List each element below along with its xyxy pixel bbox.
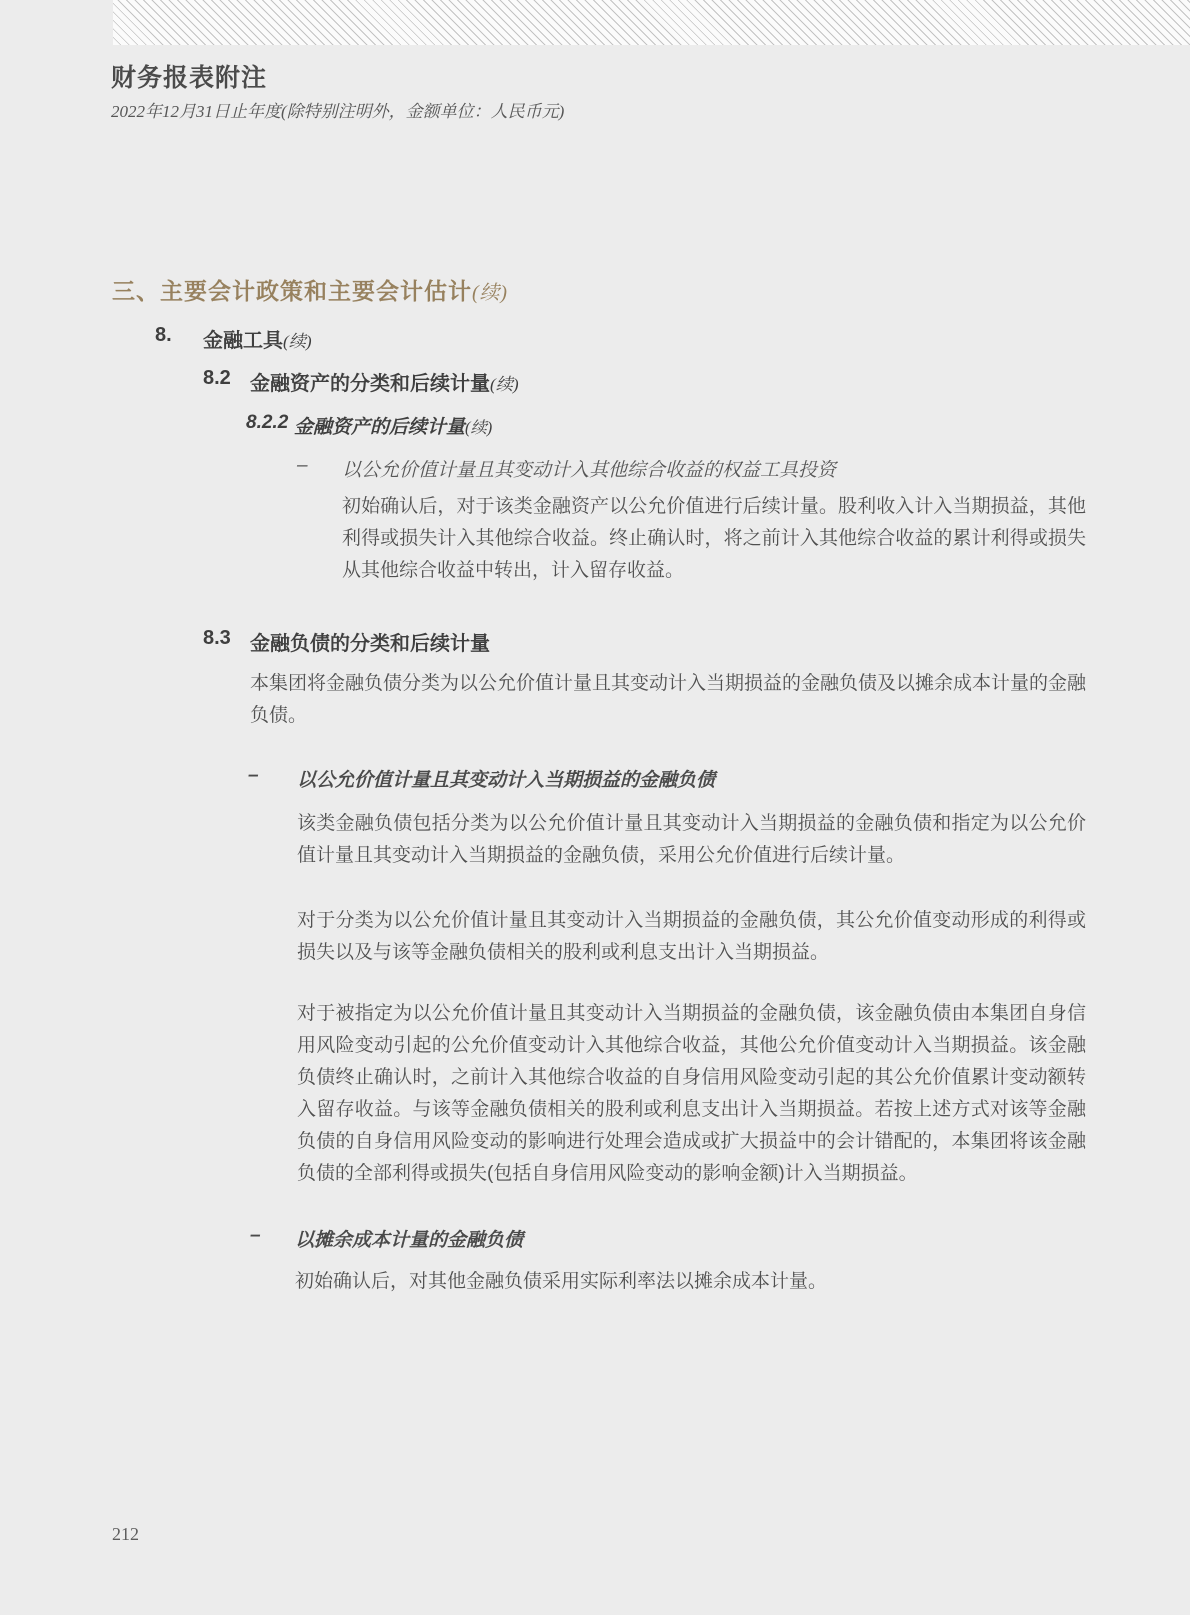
paragraph-8-3-intro: 本集团将金融负债分类为以公允价值计量且其变动计入当期损益的金融负债及以摊余成本计… <box>250 668 1086 732</box>
heading-8-2-2-number: 8.2.2 <box>246 412 294 439</box>
heading-8: 8. 金融工具(续) <box>155 324 312 353</box>
bullet-amortised-title: 以摊余成本计量的金融负债 <box>295 1225 523 1252</box>
paragraph-amortised: 初始确认后，对其他金融负债采用实际利率法以摊余成本计量。 <box>295 1266 1086 1298</box>
section-heading-main: 三、主要会计政策和主要会计估计(续) <box>112 273 508 306</box>
continued-mark: (续) <box>283 332 312 351</box>
bullet-amortised-cost: – 以摊余成本计量的金融负债 <box>250 1225 523 1252</box>
continued-mark: (续) <box>472 282 508 304</box>
heading-8-2-title: 金融资产的分类和后续计量(续) <box>250 367 519 396</box>
continued-mark: (续) <box>465 418 492 437</box>
page-subtitle: 2022年12月31日止年度(除特别注明外，金额单位：人民币元) <box>111 97 564 122</box>
paragraph-fvtpl-1: 该类金融负债包括分类为以公允价值计量且其变动计入当期损益的金融负债和指定为以公允… <box>297 808 1086 872</box>
heading-8-title: 金融工具(续) <box>203 324 312 353</box>
bullet-dash: – <box>297 455 342 482</box>
continued-mark: (续) <box>490 375 519 394</box>
bullet-fvoci-equity: – 以公允价值计量且其变动计入其他综合收益的权益工具投资 <box>297 455 836 482</box>
bullet-fvtpl-title: 以公允价值计量且其变动计入当期损益的金融负债 <box>297 765 715 792</box>
bullet-dash: – <box>250 1225 295 1252</box>
heading-8-2: 8.2 金融资产的分类和后续计量(续) <box>203 367 519 396</box>
heading-8-3-number: 8.3 <box>203 627 250 656</box>
report-page: 财务报表附注 2022年12月31日止年度(除特别注明外，金额单位：人民币元) … <box>0 0 1190 1615</box>
paragraph-fvoci: 初始确认后，对于该类金融资产以公允价值进行后续计量。股利收入计入当期损益，其他利… <box>342 491 1086 587</box>
heading-8-number: 8. <box>155 324 203 353</box>
bullet-fvtpl-liabilities: – 以公允价值计量且其变动计入当期损益的金融负债 <box>248 765 715 792</box>
hatch-pattern-band <box>113 0 1190 45</box>
paragraph-fvtpl-2: 对于分类为以公允价值计量且其变动计入当期损益的金融负债，其公允价值变动形成的利得… <box>297 905 1086 969</box>
bullet-fvoci-title: 以公允价值计量且其变动计入其他综合收益的权益工具投资 <box>342 455 836 482</box>
heading-8-2-2: 8.2.2 金融资产的后续计量(续) <box>246 412 492 439</box>
heading-8-2-number: 8.2 <box>203 367 250 396</box>
page-number: 212 <box>112 1524 139 1545</box>
section-heading-text: 三、主要会计政策和主要会计估计 <box>112 278 472 304</box>
bullet-dash: – <box>248 765 297 792</box>
heading-8-3: 8.3 金融负债的分类和后续计量 <box>203 627 490 656</box>
heading-8-3-title: 金融负债的分类和后续计量 <box>250 627 490 656</box>
heading-8-2-2-title: 金融资产的后续计量(续) <box>294 412 492 439</box>
paragraph-fvtpl-3: 对于被指定为以公允价值计量且其变动计入当期损益的金融负债，该金融负债由本集团自身… <box>297 998 1086 1190</box>
page-title: 财务报表附注 <box>111 58 267 94</box>
